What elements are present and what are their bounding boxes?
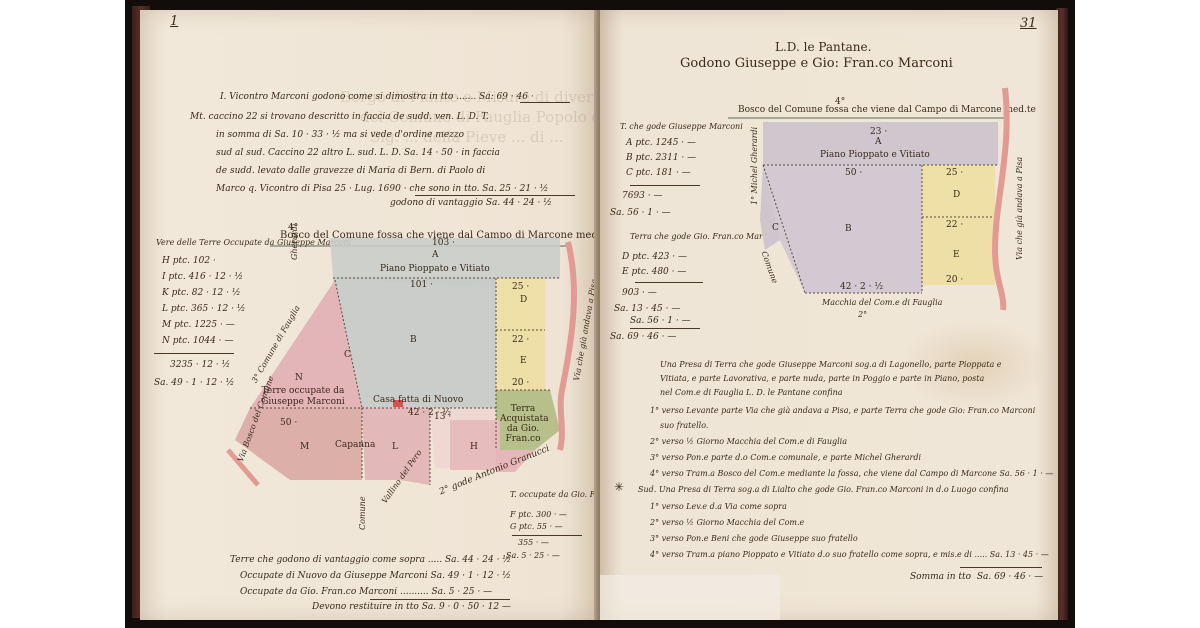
summary-line: Terre che godono di vantaggio come sopra… — [230, 555, 511, 565]
parcel-E-label: E — [953, 250, 960, 260]
parcel-B-label: B — [410, 335, 417, 345]
description-line: Una Presa di Terra che gode Giuseppe Mar… — [660, 360, 1002, 369]
description-line: 3° verso Pon.e parte d.o Com.e comunale,… — [650, 453, 921, 462]
parcel-A-desc: Piano Pioppato e Vitiato — [820, 150, 930, 160]
occupied-table-saccate: Sa. 5 · 25 · — — [506, 551, 560, 560]
summary-total: Devono restituire in tto Sa. 9 · 0 · 50 … — [312, 602, 511, 612]
occupied-table-total: 355 · — — [518, 538, 549, 547]
description-line: 1° verso Lev.e d.a Via come sopra — [650, 502, 787, 511]
house-label: Casa fatta di Nuovo — [373, 395, 463, 405]
paper-patch — [600, 575, 780, 620]
summary-line: Occupate di Nuovo da Giuseppe Marconi Sa… — [240, 571, 511, 581]
house-measure: 42 · 2 · ½ — [408, 408, 451, 418]
description-line: nel Com.e di Fauglia L. D. le Pantane co… — [660, 388, 843, 397]
description-line: suo fratello. — [660, 421, 708, 430]
edge-label-road: Via che già andava a Pisa — [1015, 157, 1024, 260]
parcel-L-label: L — [392, 442, 398, 452]
asterisk-mark: ✳ — [614, 480, 624, 494]
parcel-I-label: H — [470, 442, 478, 452]
description-line: 4° verso Tram.a Bosco del Com.e mediante… — [650, 469, 1053, 478]
parcel-E-label: E — [520, 356, 527, 366]
parcel-E-measure-bottom: 20 · — [512, 378, 529, 388]
parcel-E-measure: 22 · — [512, 335, 529, 345]
parcel-N-desc: Terre occupate da Giuseppe Marconi — [258, 386, 348, 408]
parcel-B-measure: 101 · — [410, 280, 433, 290]
edge-label-west: 1° Michel Gherardi — [750, 127, 759, 205]
parcel-C-label: C — [344, 350, 351, 360]
parcel-M-label: M — [300, 442, 309, 452]
description-line: 4° verso Tram.a piano Pioppato e Vitiato… — [650, 550, 1049, 559]
parcel-A-label: A — [432, 250, 439, 260]
parcel-A-measure: 23 · — [870, 127, 887, 137]
final-sum: Somma in tto Sa. 69 · 46 · — — [910, 572, 1043, 582]
parcel-E-measure: 22 · — [946, 220, 963, 230]
occupied-table-row: F ptc. 300 · — — [510, 510, 567, 519]
parcel-B-label: B — [845, 224, 852, 234]
occupied-table-row: G ptc. 55 · — — [510, 522, 563, 531]
edge-label-south: Macchia del Com.e di Fauglia — [822, 298, 942, 307]
parcel-A-label: A — [875, 137, 882, 147]
parcel-C-label: C — [772, 223, 779, 233]
description-line: Vitiata, e parte Lavorativa, e parte nud… — [660, 374, 984, 383]
right-parcel-map — [600, 10, 1058, 620]
description-line: 3° verso Pon.e Beni che gode Giuseppe su… — [650, 534, 858, 543]
edge-label-south-mark: 2° — [858, 310, 867, 319]
edge-label-west: Gherardi — [290, 224, 299, 260]
parcel-N-label: N — [295, 373, 303, 383]
edge-label-comune: Comune — [358, 496, 367, 530]
description-line: 1° verso Levante parte Via che già andav… — [650, 406, 1035, 415]
parcel-D-label: D — [520, 295, 527, 305]
parcel-A-desc: Piano Pioppato e Vitiato — [380, 264, 490, 274]
parcel-F-desc: Terra Acquistata da Gio. Fran.co — [500, 404, 546, 444]
description-line: 2° verso ½ Giorno Macchia del Com.e di F… — [650, 437, 847, 446]
parcel-M-measure: 50 · — [280, 418, 297, 428]
right-page: 31 L.D. le Pantane. Godono Giuseppe e Gi… — [600, 10, 1058, 620]
description-line: Sud. Una Presa di Terra sog.a di Lialto … — [638, 485, 1009, 494]
parcel-B-measure-bottom: 42 · 2 · ½ — [840, 282, 883, 292]
description-line: 2° verso ½ Giorno Macchia del Com.e — [650, 518, 804, 527]
capanna-label: Capanna — [335, 440, 375, 450]
parcel-D-label: D — [953, 190, 960, 200]
summary-line: Occupate da Gio. Fran.co Marconi .......… — [240, 587, 492, 597]
parcel-A-measure: 103 · — [432, 238, 455, 248]
parcel-D-measure: 25 · — [512, 282, 529, 292]
left-page: 1 Borgo di Piante e Misure di diversi Pa… — [140, 10, 598, 620]
parcel-D-measure: 25 · — [946, 168, 963, 178]
parcel-E-measure-bottom: 20 · — [946, 275, 963, 285]
parcel-B-measure: 50 · — [845, 168, 862, 178]
